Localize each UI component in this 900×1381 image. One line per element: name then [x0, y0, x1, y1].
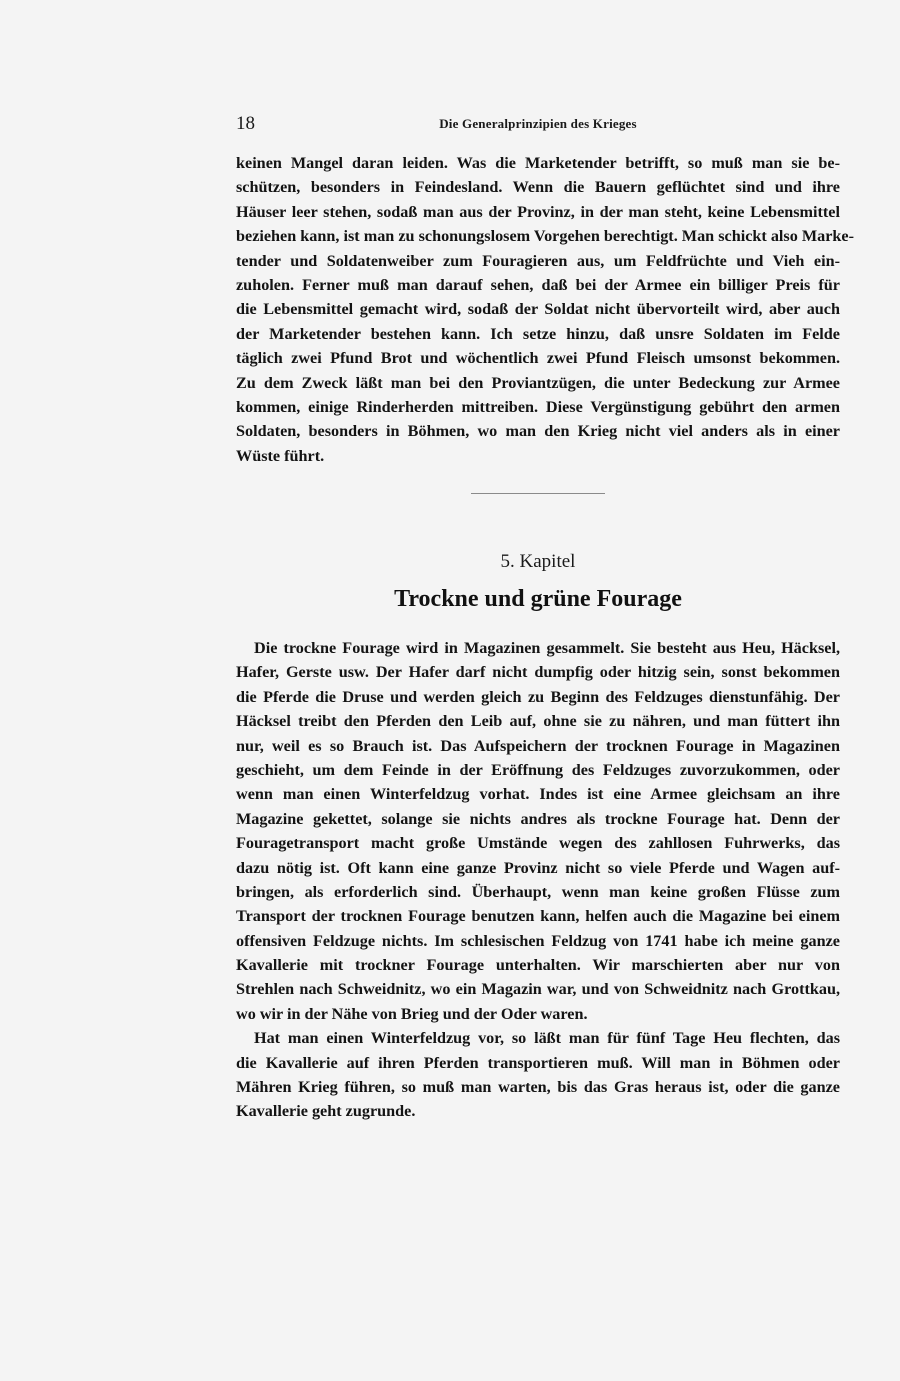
- text-line: Kavallerie geht zugrunde.: [236, 1099, 840, 1123]
- text-line: wo wir in der Nähe von Brieg und der Ode…: [236, 1002, 840, 1026]
- text-line: die Lebensmittel gemacht wird, sodaß der…: [236, 297, 840, 321]
- text-line: täglich zwei Pfund Brot und wöchentlich …: [236, 346, 840, 370]
- book-page: 18 Die Generalprinzipien des Krieges kei…: [0, 0, 900, 1381]
- running-title: Die Generalprinzipien des Krieges: [236, 116, 840, 132]
- text-line: Transport der trocknen Fourage benutzen …: [236, 904, 840, 928]
- text-line: Hafer, Gerste usw. Der Hafer darf nicht …: [236, 660, 840, 684]
- text-line: die Pferde die Druse und werden gleich z…: [236, 685, 840, 709]
- continued-paragraph: keinen Mangel daran leiden. Was die Mark…: [236, 151, 840, 468]
- text-line: kommen, einige Rinderherden mittreiben. …: [236, 395, 840, 419]
- text-line: schützen, besonders in Feindesland. Wenn…: [236, 175, 840, 199]
- text-line: Magazine gekettet, solange sie nichts an…: [236, 807, 840, 831]
- text-line: Häcksel treibt den Pferden den Leib auf,…: [236, 709, 840, 733]
- text-line: geschieht, um dem Feinde in der Eröffnun…: [236, 758, 840, 782]
- running-head: 18 Die Generalprinzipien des Krieges: [236, 113, 840, 137]
- text-line: Die trockne Fourage wird in Magazinen ge…: [236, 636, 840, 660]
- text-line: Fouragetransport macht große Umstände we…: [236, 831, 840, 855]
- section-divider: [471, 493, 605, 494]
- chapter-title: Trockne und grüne Fourage: [236, 586, 840, 613]
- text-line: Häuser leer stehen, sodaß man aus der Pr…: [236, 200, 840, 224]
- paragraph-2: Hat man einen Winterfeldzug vor, so läßt…: [236, 1026, 840, 1124]
- paragraph-1: Die trockne Fourage wird in Magazinen ge…: [236, 636, 840, 1026]
- text-line: Hat man einen Winterfeldzug vor, so läßt…: [236, 1026, 840, 1050]
- chapter-number: 5. Kapitel: [236, 551, 840, 573]
- text-line: Soldaten, besonders in Böhmen, wo man de…: [236, 419, 840, 443]
- text-line: die Kavallerie auf ihren Pferden transpo…: [236, 1051, 840, 1075]
- text-line: der Marketender bestehen kann. Ich setze…: [236, 322, 840, 346]
- chapter-body: Die trockne Fourage wird in Magazinen ge…: [236, 636, 840, 1124]
- text-line: Mähren Krieg führen, so muß man warten, …: [236, 1075, 840, 1099]
- text-line: wenn man einen Winterfeldzug vorhat. Ind…: [236, 782, 840, 806]
- text-line: Kavallerie mit trockner Fourage unterhal…: [236, 953, 840, 977]
- text-line: keinen Mangel daran leiden. Was die Mark…: [236, 151, 840, 175]
- text-line: Zu dem Zweck läßt man bei den Proviantzü…: [236, 371, 840, 395]
- text-line: beziehen kann, ist man zu schonungslosem…: [236, 224, 840, 248]
- text-line: Strehlen nach Schweidnitz, wo ein Magazi…: [236, 977, 840, 1001]
- text-line: Wüste führt.: [236, 444, 840, 468]
- text-line: dazu nötig ist. Oft kann eine ganze Prov…: [236, 856, 840, 880]
- text-line: bringen, als erforderlich sind. Überhaup…: [236, 880, 840, 904]
- text-line: offensiven Feldzuge nichts. Im schlesisc…: [236, 929, 840, 953]
- text-line: tender und Soldatenweiber zum Fouragiere…: [236, 249, 840, 273]
- text-line: nur, weil es so Brauch ist. Das Aufspeic…: [236, 734, 840, 758]
- text-line: zuholen. Ferner muß man darauf sehen, da…: [236, 273, 840, 297]
